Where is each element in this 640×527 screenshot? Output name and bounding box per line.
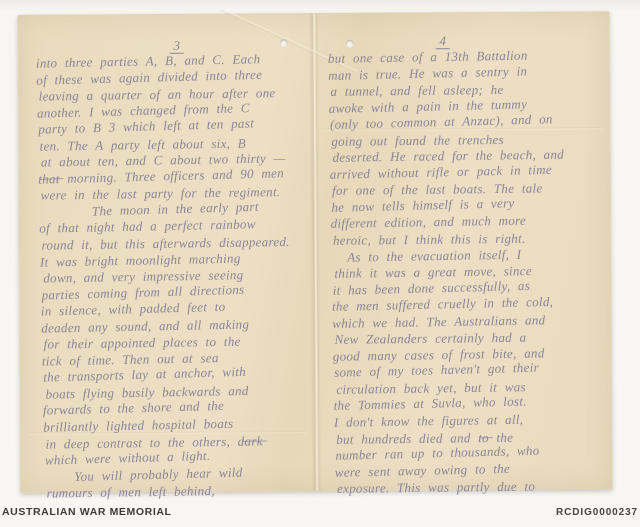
page-4-handwritten-text: but one case of a 13th Battalionman is t…	[328, 46, 613, 497]
handwritten-line: rumours of men left behind,	[46, 482, 328, 503]
letter-page-4: 4 but one case of a 13th Battalionman is…	[328, 32, 609, 497]
scanned-letter-viewer: 3 into three parties A, B, and C. Eachof…	[0, 0, 640, 527]
archive-institution-label: AUSTRALIAN WAR MEMORIAL	[2, 506, 172, 518]
archive-reference-id: RCDIG0000237	[556, 507, 638, 518]
handwritten-line: heroic, but I think this is right.	[333, 230, 611, 250]
letter-page-3: 3 into three parties A, B, and C. Eachof…	[36, 37, 321, 502]
page-number-label: 4	[435, 35, 450, 49]
page-3-handwritten-text: into three parties A, B, and C. Eachof t…	[36, 50, 327, 502]
handwritten-line: exposure. This was partly due to	[337, 478, 615, 498]
letter-scan: 3 into three parties A, B, and C. Eachof…	[18, 11, 613, 493]
